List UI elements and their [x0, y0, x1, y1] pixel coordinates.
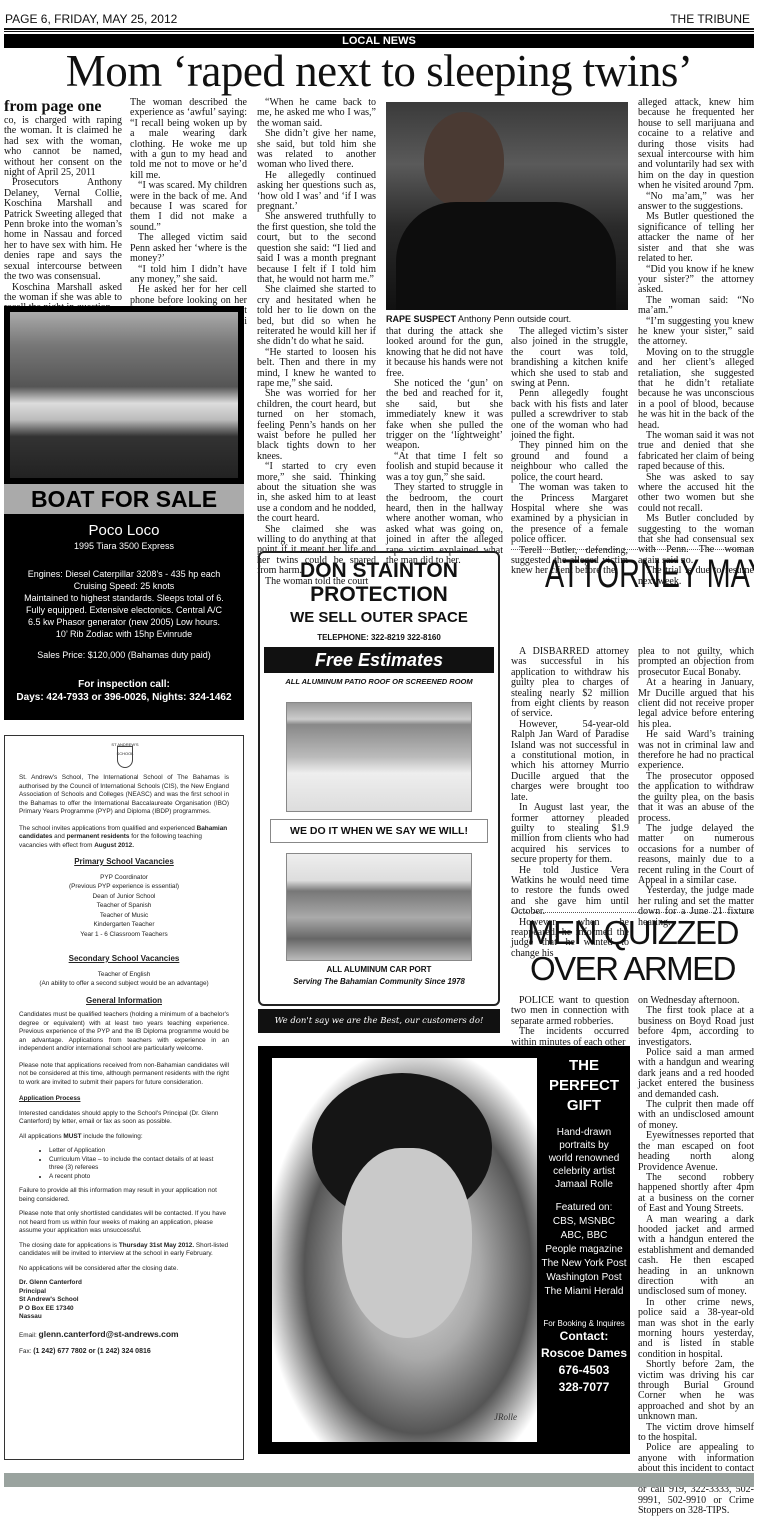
masthead-rule: [4, 28, 754, 30]
general-heading: General Information: [19, 997, 229, 1006]
featured-line: People magazine: [538, 1243, 630, 1257]
portrait-face: [342, 1148, 472, 1338]
artist-signature: JRolle: [494, 1412, 517, 1422]
secondary-list: Teacher of English (An ability to offer …: [19, 970, 229, 989]
vacancy: Teacher of Music: [19, 911, 229, 921]
paragraph: She answered truthfully to the first que…: [257, 212, 376, 285]
text: All applications: [19, 1133, 63, 1140]
contact-line: Roscoe Dames: [538, 1345, 630, 1362]
paragraph: plea to not guilty, which prompted an ob…: [638, 647, 754, 678]
email-row: Email: glenn.canterford@st-andrews.com: [19, 1330, 229, 1341]
don-stainton-ad: DON STAINTON PROTECTION WE SELL OUTER SP…: [258, 551, 500, 1006]
gift-title: THE PERFECT GIFT: [538, 1056, 630, 1116]
featured-line: ABC, BBC: [538, 1229, 630, 1243]
school-intro: St. Andrew's School, The International S…: [19, 774, 229, 817]
text: The school invites applications from qua…: [19, 825, 197, 832]
sig-line: Principal: [19, 1288, 229, 1297]
vacancy: Year 1 - 6 Classroom Teachers: [19, 930, 229, 940]
primary-heading: Primary School Vacancies: [19, 858, 229, 867]
lead-headline: Mom ‘raped next to sleeping twins’: [4, 47, 754, 95]
paragraph: She was asked to say where the accused h…: [638, 473, 754, 515]
process-heading: Application Process: [19, 1095, 229, 1104]
text: include the following:: [82, 1133, 143, 1140]
requirement: Letter of Application: [49, 1147, 229, 1156]
paragraph: Shortly before 2am, the victim was drivi…: [638, 1360, 754, 1422]
paragraph: The woman was taken to the Princess Marg…: [511, 483, 628, 545]
contact-block: Contact: Roscoe Dames 676-4503 328-7077: [538, 1328, 630, 1396]
shortlist-note: Please note that only shortlisted candid…: [19, 1210, 229, 1236]
page-folio: PAGE 6, FRIDAY, MAY 25, 2012: [5, 12, 177, 26]
boat-for-sale-ad: BOAT FOR SALE Poco Loco 1995 Tiara 3500 …: [4, 306, 244, 720]
paragraph: alleged attack, knew him because he freq…: [638, 98, 754, 192]
text: MUST: [63, 1133, 81, 1140]
paragraph: The incidents occurred within minutes of…: [511, 1027, 629, 1048]
paragraph: Police said a man armed with a handgun a…: [638, 1048, 754, 1100]
suspect-photo: [386, 102, 628, 310]
body-line: Hand-drawn: [538, 1126, 630, 1139]
featured-line: Washington Post: [538, 1271, 630, 1285]
general-info: Candidates must be qualified teachers (h…: [19, 1011, 229, 1054]
paragraph: “When he came back to me, he asked me wh…: [257, 98, 376, 129]
school-vacancies-ad: ST ANDREW'S SCHOOL St. Andrew's School, …: [4, 735, 244, 1460]
requirement: Curriculum Vitae – to include the contac…: [49, 1156, 229, 1173]
robbery-headline: MEN QUIZZED OVER ARMED ROBBERIES: [511, 915, 754, 991]
paragraph: They pinned him on the ground and found …: [511, 441, 628, 483]
paragraph: Ms Butler questioned the significance of…: [638, 212, 754, 264]
general-info-2: Please note that applications received f…: [19, 1062, 229, 1088]
body-line: celebrity artist: [538, 1165, 630, 1178]
body-line: world renowned: [538, 1152, 630, 1165]
don-tagline: We don't say we are the Best, our custom…: [258, 1009, 500, 1033]
vacancy: Dean of Junior School: [19, 892, 229, 902]
sig-line: St Andrew's School: [19, 1296, 229, 1305]
spec-line: 10’ Rib Zodiac with 15hp Evinrude: [4, 628, 244, 640]
fax-number: (1 242) 677 7802 or (1 242) 324 0816: [33, 1348, 151, 1355]
primary-list: PYP Coordinator (Previous PYP experience…: [19, 873, 229, 940]
text: Thursday 31st May 2012.: [119, 1242, 194, 1249]
kicker: from page one: [4, 98, 122, 116]
fax-label: Fax:: [19, 1348, 31, 1355]
closing-date: The closing date for applications is Thu…: [19, 1242, 229, 1259]
don-slogan: WE DO IT WHEN WE SAY WE WILL!: [270, 819, 488, 843]
paragraph: “No ma’am,” was her answer to the sugges…: [638, 192, 754, 213]
boat-photo: [10, 312, 238, 478]
boat-banner: BOAT FOR SALE: [4, 484, 244, 514]
vacancy: Teacher of English: [19, 970, 229, 980]
paragraph: A DISBARRED attorney was successful in h…: [511, 647, 629, 720]
fax-row: Fax: (1 242) 677 7802 or (1 242) 324 081…: [19, 1348, 229, 1357]
inspection-label: For inspection call:: [4, 678, 244, 691]
paragraph: co, is charged with raping the woman. It…: [4, 116, 122, 178]
paragraph: The alleged victim said Penn asked her ‘…: [130, 233, 247, 264]
title-line: GIFT: [538, 1096, 630, 1116]
paragraph: that during the attack she looked around…: [386, 327, 503, 379]
attorney-headline-wrap: ATTORNEY MAY WITHDRAW PLEA: [511, 552, 754, 642]
requirements-list: Letter of Application Curriculum Vitae –…: [19, 1147, 229, 1181]
don-subtitle: WE SELL OUTER SPACE: [260, 609, 498, 626]
caption-text: Anthony Penn outside court.: [458, 314, 571, 324]
robbery-col-2: on Wednesday afternoon. The first took p…: [638, 996, 754, 1516]
patio-caption: ALL ALUMINUM PATIO ROOF OR SCREENED ROOM: [260, 677, 498, 686]
text: August 2012.: [94, 842, 134, 849]
lead-col-5: The alleged victim’s sister also joined …: [511, 327, 628, 577]
paragraph: She didn’t give her name, she said, but …: [257, 129, 376, 171]
contact-line: 328-7077: [538, 1379, 630, 1396]
attorney-col-2: plea to not guilty, which prompted an ob…: [638, 647, 754, 928]
don-telephone: TELEPHONE: 322-8219 322-8160: [260, 633, 498, 642]
email-link[interactable]: glenn.canterford@st-andrews.com: [39, 1329, 179, 1339]
paragraph: Moving on to the struggle and her client…: [638, 348, 754, 431]
paragraph: At a hearing in January, Mr Ducille argu…: [638, 678, 754, 730]
robbery-col-1: POLICE want to question two men in conne…: [511, 996, 629, 1048]
boat-price: Sales Price: $120,000 (Bahamas duty paid…: [4, 650, 244, 660]
paragraph: The prosecutor opposed the application t…: [638, 772, 754, 824]
body-line: portraits by: [538, 1139, 630, 1152]
featured-line: The Miami Herald: [538, 1285, 630, 1299]
paragraph: The woman described the experience as ‘a…: [130, 98, 247, 181]
featured-list: Featured on: CBS, MSNBC ABC, BBC People …: [538, 1201, 630, 1299]
spec-line: 6.5 kw Phasor generator (new 2005) Low h…: [4, 616, 244, 628]
failure-note: Failure to provide all this information …: [19, 1187, 229, 1204]
text: and: [52, 833, 66, 840]
secondary-heading: Secondary School Vacancies: [19, 955, 229, 964]
contact-line: 676-4503: [538, 1362, 630, 1379]
paragraph: The victim drove himself to the hospital…: [638, 1423, 754, 1444]
vacancy: (An ability to offer a second subject wo…: [19, 979, 229, 989]
boat-inspection: For inspection call: Days: 424-7933 or 3…: [4, 678, 244, 704]
no-applications: No applications will be considered after…: [19, 1265, 229, 1274]
paragraph: In other crime news, police said a 38-ye…: [638, 1298, 754, 1360]
requirement: A recent photo: [49, 1173, 229, 1182]
paragraph: “Did you know if he knew your sister?” t…: [638, 265, 754, 296]
process-must: All applications MUST include the follow…: [19, 1133, 229, 1142]
paragraph: He told Justice Vera Watkins he would ne…: [511, 866, 629, 918]
paragraph: He said Ward’s training was not in crimi…: [638, 730, 754, 772]
don-title: DON STAINTON PROTECTION: [260, 559, 498, 607]
contact-line: Contact:: [538, 1328, 630, 1345]
carport-caption: ALL ALUMINUM CAR PORT: [260, 965, 498, 974]
publication-name: THE TRIBUNE: [670, 12, 750, 26]
lead-col-3: “When he came back to me, he asked me wh…: [257, 98, 376, 587]
sig-line: Dr. Glenn Canterford: [19, 1279, 229, 1288]
paragraph: The judge delayed the matter on numerous…: [638, 824, 754, 886]
text: The closing date for applications is: [19, 1242, 119, 1249]
patio-photo: [286, 702, 472, 812]
vacancy: Kindergarten Teacher: [19, 920, 229, 930]
suspect-shirt: [396, 202, 616, 310]
school-crest-icon: [117, 746, 133, 768]
process-text: Interested candidates should apply to th…: [19, 1110, 229, 1127]
paragraph: She claimed she started to cry and hesit…: [257, 285, 376, 347]
paragraph: However, 54-year-old Ralph Jan Ward of P…: [511, 720, 629, 803]
paragraph: “I started to cry even more,” she said. …: [257, 462, 376, 524]
paragraph: Eyewitnesses reported that the man escap…: [638, 1131, 754, 1173]
title-line: THE: [538, 1056, 630, 1076]
inspection-phones: Days: 424-7933 or 396-0026, Nights: 324-…: [4, 691, 244, 704]
spec-line: Cruising Speed: 25 knots: [4, 580, 244, 592]
lead-col-4: that during the attack she looked around…: [386, 327, 503, 566]
paragraph: The alleged victim’s sister also joined …: [511, 327, 628, 389]
portrait-drawing: JRolle: [272, 1058, 537, 1442]
paragraph: In August last year, the former attorney…: [511, 803, 629, 865]
spec-line: Fully equipped. Extensive electonics. Ce…: [4, 604, 244, 616]
attorney-headline: ATTORNEY MAY WITHDRAW PLEA: [545, 552, 720, 596]
featured-line: CBS, MSNBC: [538, 1215, 630, 1229]
paragraph: She noticed the ‘gun’ on the bed and rea…: [386, 379, 503, 452]
paragraph: “I was scared. My children were in the b…: [130, 181, 247, 233]
gift-body: Hand-drawn portraits by world renowned c…: [538, 1126, 630, 1191]
boat-name: Poco Loco: [4, 522, 244, 539]
paragraph: He allegedly continued asking her questi…: [257, 171, 376, 213]
text: permanent residents: [67, 833, 130, 840]
lead-col-6: alleged attack, knew him because he freq…: [638, 98, 754, 587]
story-divider: [511, 549, 754, 550]
paragraph: “I told him I didn’t have any money,” sh…: [130, 265, 247, 286]
perfect-gift-ad: JRolle THE PERFECT GIFT Hand-drawn portr…: [258, 1046, 630, 1454]
signature-block: Dr. Glenn Canterford Principal St Andrew…: [19, 1279, 229, 1322]
title-line: PERFECT: [538, 1076, 630, 1096]
paragraph: The first took place at a business on Bo…: [638, 1006, 754, 1048]
lead-col-1: from page one co, is charged with raping…: [4, 98, 122, 314]
carport-photo: [286, 853, 472, 961]
paragraph: She was worried for her children, the co…: [257, 389, 376, 462]
paragraph: A man wearing a dark hooded jacket and a…: [638, 1215, 754, 1298]
story-divider: [511, 912, 754, 913]
school-invite: The school invites applications from qua…: [19, 825, 229, 851]
boat-model: 1995 Tiara 3500 Express: [4, 541, 244, 551]
paragraph: The second robbery happened shortly afte…: [638, 1173, 754, 1215]
vacancy: (Previous PYP experience is essential): [19, 882, 229, 892]
paragraph: “At that time I felt so foolish and stup…: [386, 452, 503, 483]
photo-caption: RAPE SUSPECT Anthony Penn outside court.: [386, 314, 626, 324]
spec-line: Engines: Diesel Caterpillar 3208’s - 435…: [4, 568, 244, 580]
spec-line: Maintained to highest standards. Sleeps …: [4, 592, 244, 604]
lead-col-2: The woman described the experience as ‘a…: [130, 98, 247, 337]
masthead-rule-thin: [4, 31, 754, 32]
sig-line: Nassau: [19, 1313, 229, 1322]
page-footer-bar: [4, 1473, 754, 1487]
vacancy: PYP Coordinator: [19, 873, 229, 883]
booking-label: For Booking & Inquires: [538, 1319, 630, 1328]
paragraph: Prosecutors Anthony Delaney, Vernal Coll…: [4, 178, 122, 282]
sig-line: P O Box EE 17340: [19, 1305, 229, 1314]
paragraph: “I’m suggesting you knew he knew your si…: [638, 317, 754, 348]
email-label: Email:: [19, 1332, 37, 1339]
paragraph: “He started to loosen his belt. Then and…: [257, 348, 376, 390]
vacancy: Teacher of Spanish: [19, 901, 229, 911]
featured-line: Featured on:: [538, 1201, 630, 1215]
paragraph: The culprit then made off with an undisc…: [638, 1100, 754, 1131]
boat-specs: Engines: Diesel Caterpillar 3208’s - 435…: [4, 568, 244, 640]
caption-label: RAPE SUSPECT: [386, 314, 456, 324]
featured-line: The New York Post: [538, 1257, 630, 1271]
paragraph: The woman said it was not true and denie…: [638, 431, 754, 473]
paragraph: Penn allegedly fought back with his fist…: [511, 389, 628, 441]
serving-caption: Serving The Bahamian Community Since 197…: [260, 977, 498, 986]
suspect-head: [424, 112, 504, 207]
free-estimates-banner: Free Estimates: [264, 647, 494, 673]
robbery-headline-wrap: MEN QUIZZED OVER ARMED ROBBERIES: [511, 915, 754, 991]
paragraph: The woman said: “No ma’am.”: [638, 296, 754, 317]
paragraph: POLICE want to question two men in conne…: [511, 996, 629, 1027]
body-line: Jamaal Rolle: [538, 1178, 630, 1191]
gift-text: THE PERFECT GIFT Hand-drawn portraits by…: [538, 1046, 630, 1396]
